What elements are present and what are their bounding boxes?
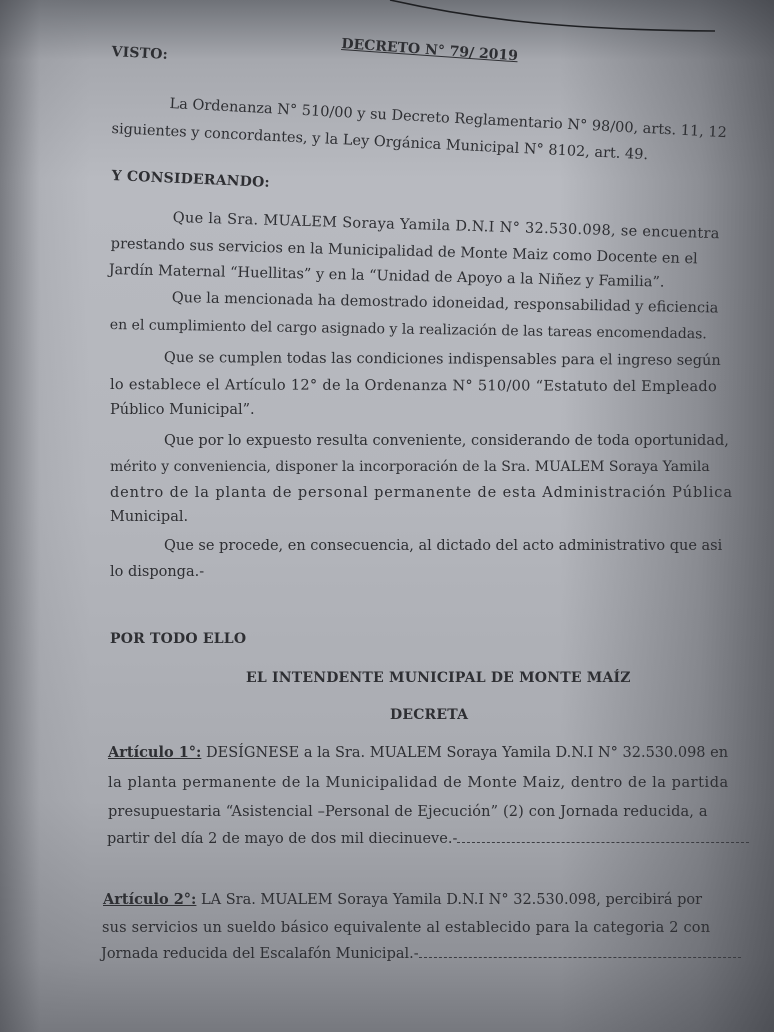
article-1-text-4: partir del día 2 de mayo de dos mil diec… xyxy=(107,831,457,847)
article-2-text-3: Jornada reducida del Escalafón Municipal… xyxy=(101,946,419,962)
dash-fill xyxy=(419,947,741,958)
top-edge-line xyxy=(0,0,774,40)
considerando-line-3: Jardín Maternal “Huellitas” y en la “Uni… xyxy=(109,262,665,291)
considerando-line-2: prestando sus servicios en la Municipali… xyxy=(111,236,698,267)
article-2-line-1: Artículo 2°: LA Sra. MUALEM Soraya Yamil… xyxy=(103,891,702,908)
document-page: DECRETO N° 79/ 2019 VISTO: La Ordenanza … xyxy=(0,0,774,1032)
considerando-heading: Y CONSIDERANDO: xyxy=(111,168,270,191)
article-2-line-2: sus servicios un sueldo básico equivalen… xyxy=(102,920,710,936)
visto-heading: VISTO: xyxy=(111,44,168,63)
article-1-line-3: presupuestaria “Asistencial –Personal de… xyxy=(108,804,708,820)
decree-title: DECRETO N° 79/ 2019 xyxy=(341,36,519,64)
considerando-line-6: Que se cumplen todas las condiciones ind… xyxy=(164,350,721,369)
article-2-label: Artículo 2°: xyxy=(103,891,196,908)
considerando-line-11: dentro de la planta de personal permanen… xyxy=(110,485,733,501)
considerando-line-14: lo disponga.- xyxy=(110,564,204,580)
considerando-line-8: Público Municipal”. xyxy=(110,402,255,418)
intendente-heading: EL INTENDENTE MUNICIPAL DE MONTE MAÍZ xyxy=(246,670,631,686)
considerando-line-10: mérito y conveniencia, disponer la incor… xyxy=(110,459,710,475)
considerando-line-12: Municipal. xyxy=(110,509,188,525)
article-1-label: Artículo 1°: xyxy=(108,744,201,761)
por-todo-ello-heading: POR TODO ELLO xyxy=(110,631,246,647)
article-1-line-1: Artículo 1°: DESÍGNESE a la Sra. MUALEM … xyxy=(108,744,728,761)
article-1-text-1: DESÍGNESE a la Sra. MUALEM Soraya Yamila… xyxy=(201,745,728,761)
decreta-heading: DECRETA xyxy=(390,707,468,723)
article-2-line-3: Jornada reducida del Escalafón Municipal… xyxy=(101,946,741,962)
considerando-line-13: Que se procede, en consecuencia, al dict… xyxy=(164,538,722,554)
considerando-line-4: Que la mencionada ha demostrado idoneida… xyxy=(172,290,719,316)
considerando-line-7: lo establece el Artículo 12° de la Orden… xyxy=(110,377,717,395)
article-2-text-1: LA Sra. MUALEM Soraya Yamila D.N.I N° 32… xyxy=(196,892,702,908)
considerando-line-5: en el cumplimiento del cargo asignado y … xyxy=(110,317,707,342)
considerando-line-9: Que por lo expuesto resulta conveniente,… xyxy=(164,433,729,449)
dash-fill xyxy=(457,832,749,843)
article-1-line-4: partir del día 2 de mayo de dos mil diec… xyxy=(107,831,749,847)
article-1-line-2: la planta permanente de la Municipalidad… xyxy=(108,775,729,791)
considerando-line-1: Que la Sra. MUALEM Soraya Yamila D.N.I N… xyxy=(173,210,720,242)
